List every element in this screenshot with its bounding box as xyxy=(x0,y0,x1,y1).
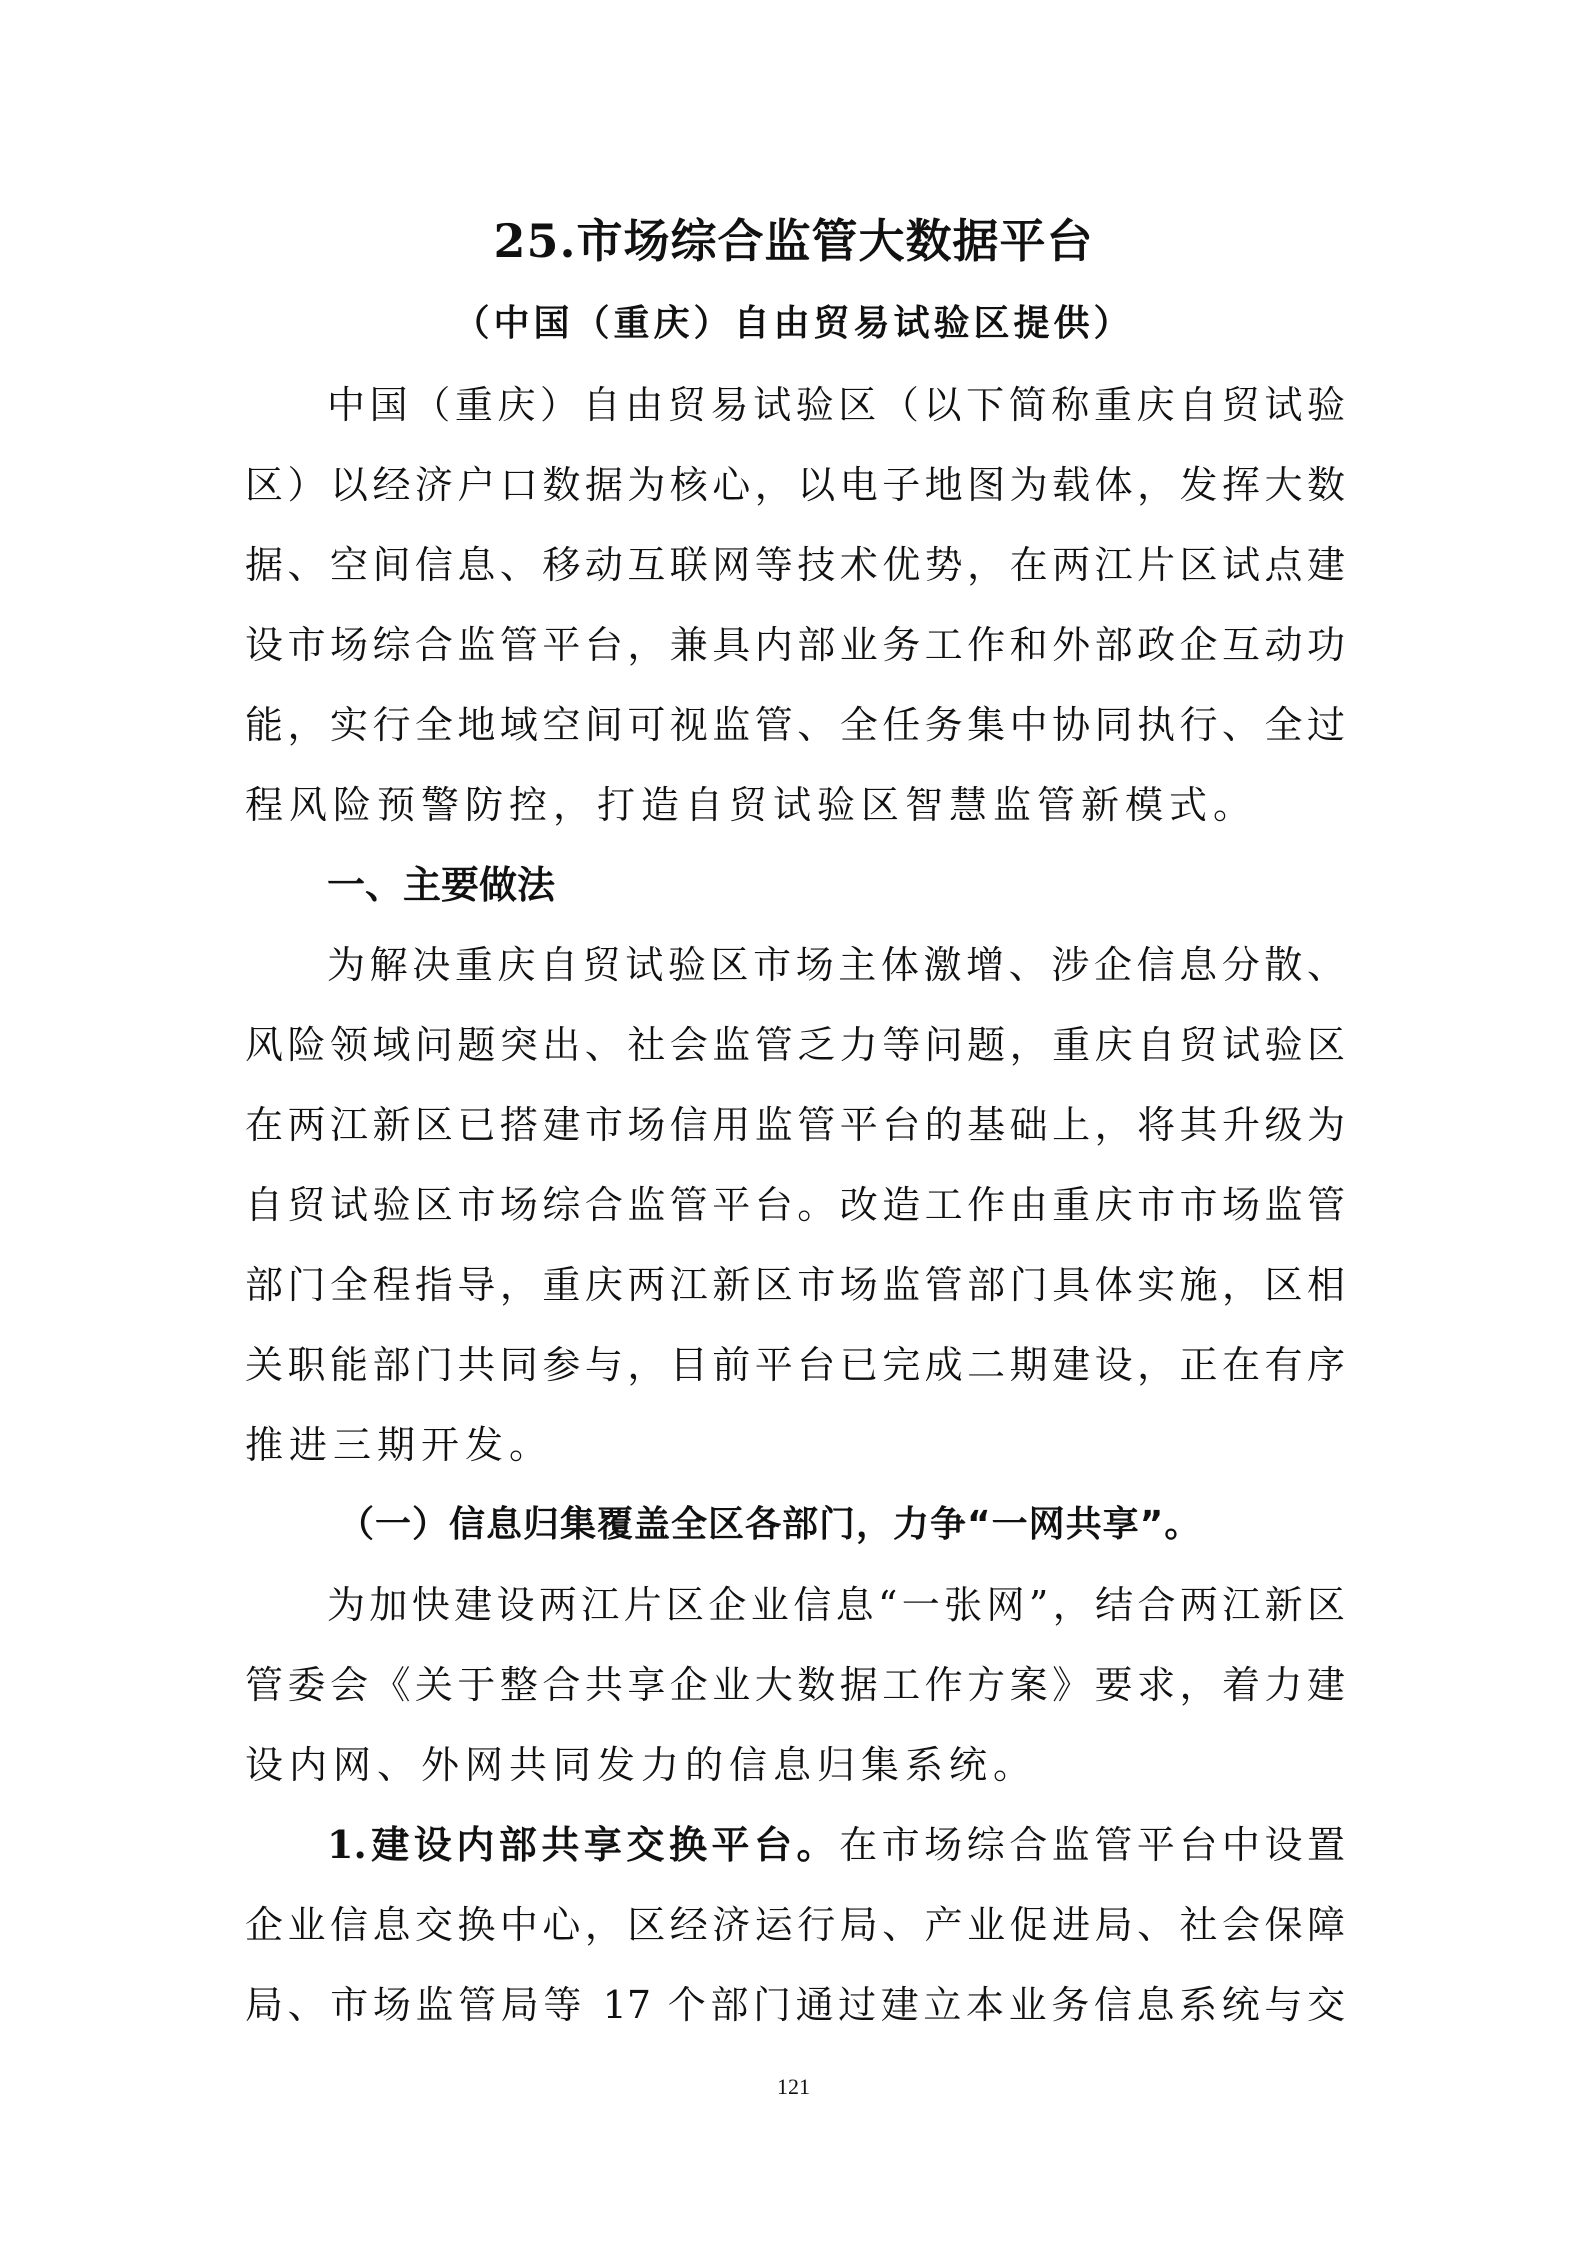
document-title: 25.市场综合监管大数据平台 xyxy=(0,205,1587,271)
subsection-heading: （一）信息归集覆盖全区各部门，力争“一网共享”。 xyxy=(338,1502,1201,1548)
section1-line: 在两江新区已搭建市场信用监管平台的基础上，将其升级为 xyxy=(245,1102,1345,1148)
section1-line: 关职能部门共同参与，目前平台已完成二期建设，正在有序 xyxy=(245,1342,1345,1388)
section1-line: 自贸试验区市场综合监管平台。改造工作由重庆市市场监管 xyxy=(245,1182,1345,1228)
section1-line: 风险领域问题突出、社会监管乏力等问题，重庆自贸试验区 xyxy=(245,1022,1345,1068)
item1-line: 企业信息交换中心，区经济运行局、产业促进局、社会保障 xyxy=(245,1902,1345,1948)
subsection1-line: 管委会《关于整合共享企业大数据工作方案》要求，着力建 xyxy=(245,1662,1345,1708)
intro-line: 区）以经济户口数据为核心，以电子地图为载体，发挥大数 xyxy=(245,462,1345,508)
intro-line: 中国（重庆）自由贸易试验区（以下简称重庆自贸试验 xyxy=(327,382,1345,428)
item1-lead: 1.建设内部共享交换平台。 xyxy=(327,1822,839,1867)
subsection1-line: 为加快建设两江片区企业信息“一张网”，结合两江新区 xyxy=(327,1582,1345,1628)
section1-line: 部门全程指导，重庆两江新区市场监管部门具体实施，区相 xyxy=(245,1262,1345,1308)
intro-line: 程风险预警防控，打造自贸试验区智慧监管新模式。 xyxy=(245,782,1345,828)
section1-line: 推进三期开发。 xyxy=(245,1422,1345,1468)
section1-line: 为解决重庆自贸试验区市场主体激增、涉企信息分散、 xyxy=(327,942,1345,988)
subsection1-line: 设内网、外网共同发力的信息归集系统。 xyxy=(245,1742,1345,1788)
page-number: 121 xyxy=(0,2074,1587,2100)
item1-first-line: 1.建设内部共享交换平台。在市场综合监管平台中设置 xyxy=(327,1822,1345,1868)
intro-line: 设市场综合监管平台，兼具内部业务工作和外部政企互动功 xyxy=(245,622,1345,668)
document-subtitle: （中国（重庆）自由贸易试验区提供） xyxy=(0,295,1587,346)
intro-line: 能，实行全地域空间可视监管、全任务集中协同执行、全过 xyxy=(245,702,1345,748)
document-page: 25.市场综合监管大数据平台 （中国（重庆）自由贸易试验区提供） 中国（重庆）自… xyxy=(0,0,1587,2245)
item1-first-rest: 在市场综合监管平台中设置 xyxy=(839,1823,1345,1867)
intro-line: 据、空间信息、移动互联网等技术优势，在两江片区试点建 xyxy=(245,542,1345,588)
item1-line: 局、市场监管局等 17 个部门通过建立本业务信息系统与交 xyxy=(245,1982,1345,2028)
section-heading: 一、主要做法 xyxy=(327,862,555,908)
